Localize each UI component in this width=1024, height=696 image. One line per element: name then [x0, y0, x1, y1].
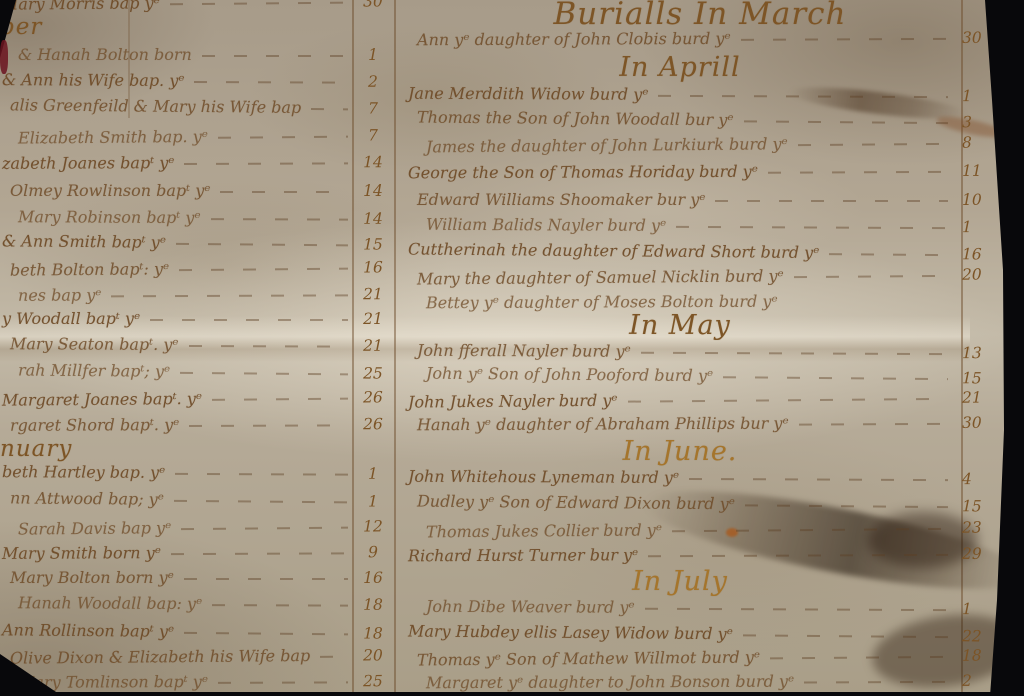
ditto-dashes — [770, 656, 948, 660]
day-number: 7 — [356, 97, 390, 119]
register-entry: George the Son of Thomas Horiday burd yᵉ… — [402, 160, 998, 185]
entry-text: & Ann Smith bapᵗ yᵉ — [0, 230, 166, 253]
month-header: In July — [400, 566, 960, 597]
day-number: 15 — [356, 233, 390, 255]
entry-text: Hanah yᵉ daughter of Abraham Phillips bu… — [402, 413, 789, 437]
ditto-dashes — [768, 171, 948, 174]
entry-text: Sarah Davis bap yᵉ — [0, 517, 171, 540]
day-number: 11 — [956, 160, 998, 182]
entry-text: Mary Hubdey ellis Lasey Widow burd yᵉ — [402, 620, 733, 645]
entry-text: Thomas yᵉ Son of Mathew Willmot burd yᵉ — [402, 646, 760, 671]
ditto-dashes — [658, 95, 948, 98]
day-number: 1 — [356, 44, 390, 66]
ditto-dashes — [179, 268, 348, 271]
register-entry: alis Greenfeild & Mary his Wife bap7 — [0, 94, 390, 119]
ditto-dashes — [641, 352, 948, 355]
ditto-dashes — [184, 162, 348, 165]
register-entry: Dudley yᵉ Son of Edward Dixon burd yᵉ15 — [402, 490, 998, 517]
entry-text: beth Bolton bapᵗ: yᵉ — [0, 258, 169, 281]
register-entry: Ann yᵉ daughter of John Clobis burd yᵉ30 — [402, 27, 998, 52]
ditto-dashes — [676, 226, 948, 229]
ditto-dashes — [799, 423, 948, 426]
day-number: 1 — [956, 216, 998, 238]
ditto-dashes — [194, 81, 348, 84]
ditto-dashes — [150, 319, 348, 321]
register-entry: John Jukes Nayler burd yᵉ21 — [402, 386, 998, 413]
register-entry: John fferall Nayler burd yᵉ13 — [402, 340, 998, 365]
entry-text: & Ann his Wife bap. yᵉ — [0, 69, 185, 92]
ditto-dashes — [804, 681, 948, 684]
ditto-dashes — [171, 552, 348, 555]
entry-text: zabeth Joanes bapᵗ yᵉ — [0, 152, 175, 175]
entry-text: John fferall Nayler burd yᵉ — [402, 340, 631, 363]
register-entry: John Whitehous Lyneman burd yᵉ4 — [402, 466, 998, 491]
day-number: 9 — [356, 541, 390, 563]
register-entry: Jane Merddith Widow burd yᵉ1 — [402, 83, 998, 108]
entry-text: Cuttherinah the daughter of Edward Short… — [402, 238, 820, 264]
day-number: 1 — [356, 490, 390, 512]
day-number: 26 — [356, 413, 390, 435]
register-entry: Mary Morris bap yᵉ30 — [0, 0, 390, 16]
day-number: 12 — [356, 515, 390, 537]
entry-text: Mary Robinson bapᵗ yᵉ — [0, 206, 201, 229]
day-number: 14 — [356, 180, 390, 202]
entry-text: rgaret Shord bapᵗ. yᵉ — [0, 414, 179, 437]
day-number: 20 — [956, 263, 998, 285]
entry-text: Thomas Jukes Collier burd yᵉ — [402, 519, 662, 543]
day-number: 21 — [356, 283, 390, 305]
register-entry: rgaret Shord bapᵗ. yᵉ26 — [0, 413, 390, 437]
ditto-dashes — [176, 243, 348, 247]
register-entry: Hanah Woodall bap: yᵉ18 — [0, 592, 390, 616]
register-entry: nn Attwood bap; yᵉ1 — [0, 487, 390, 512]
day-number: 13 — [956, 342, 998, 364]
day-number: 20 — [356, 644, 390, 666]
entry-text: alis Greenfeild & Mary his Wife bap — [0, 94, 301, 119]
day-number: 14 — [356, 208, 390, 230]
month-header: In June. — [400, 436, 960, 467]
register-entry: beth Bolton bapᵗ: yᵉ16 — [0, 256, 390, 281]
ditto-dashes — [794, 275, 948, 278]
entry-text: John Dibe Weaver burd yᵉ — [402, 596, 635, 619]
day-number: 7 — [356, 124, 390, 146]
entry-text: Olive Dixon & Elizabeth his Wife bap — [0, 645, 310, 670]
register-entry: Mary the daughter of Samuel Nicklin burd… — [402, 263, 998, 290]
register-entry: y Woodall bapᵗ yᵉ21 — [0, 308, 390, 330]
register-entry: & Hanah Bolton born1 — [0, 44, 390, 66]
day-number: 23 — [956, 516, 998, 538]
ditto-dashes — [689, 478, 948, 481]
ditto-dashes — [645, 608, 948, 611]
entry-text: Richard Hurst Turner bur yᵉ — [402, 544, 638, 567]
ditto-dashes — [189, 424, 348, 427]
ditto-dashes — [184, 578, 348, 580]
day-number: 10 — [956, 189, 998, 211]
register-entry: beth Hartley bap. yᵉ1 — [0, 461, 390, 485]
ditto-dashes — [174, 500, 348, 504]
day-number: 16 — [356, 256, 390, 278]
entry-text: Mary Smith born yᵉ — [0, 542, 161, 565]
register-entry: Cuttherinah the daughter of Edward Short… — [402, 238, 998, 265]
register-entry: nes bap yᵉ21 — [0, 283, 390, 307]
register-entry: Elizabeth Smith bap. yᵉ7 — [0, 124, 390, 149]
day-number: 26 — [356, 386, 390, 408]
register-entry: Margaret Joanes bapᵗ. yᵉ26 — [0, 386, 390, 411]
entry-text: & Hanah Bolton born — [0, 44, 192, 66]
day-number: 16 — [956, 243, 998, 265]
ruled-line-daycol-right — [394, 0, 396, 696]
register-entry: Ann Rollinson bapᵗ yᵉ18 — [0, 619, 390, 644]
register-entry: Thomas the Son of John Woodall bur yᵉ3 — [402, 106, 998, 133]
day-number: 3 — [956, 111, 998, 133]
ditto-dashes — [628, 398, 948, 403]
red-edge-mark — [0, 40, 8, 74]
register-entry: rah Millfer bapᵗ; yᵉ25 — [0, 359, 390, 384]
ditto-dashes — [220, 191, 348, 193]
register-entry: Mary Hubdey ellis Lasey Widow burd yᵉ22 — [402, 620, 998, 647]
register-entry: Mary Bolton born yᵉ16 — [0, 567, 390, 589]
ditto-dashes — [648, 554, 948, 557]
scan-background-bottom-edge — [0, 692, 1024, 696]
entry-text: John Whitehous Lyneman burd yᵉ — [402, 466, 679, 489]
ditto-dashes — [212, 398, 348, 401]
ditto-dashes — [743, 120, 947, 124]
register-entry: John Dibe Weaver burd yᵉ1 — [402, 596, 998, 621]
ditto-dashes — [672, 528, 948, 532]
day-number: 1 — [956, 598, 998, 620]
day-number: 18 — [356, 594, 390, 616]
entry-text: Olmey Rowlinson bapᵗ yᵉ — [0, 180, 210, 202]
ditto-dashes — [181, 527, 348, 530]
entry-text: Mary Bolton born yᵉ — [0, 567, 174, 589]
entry-text: Hanah Woodall bap: yᵉ — [0, 592, 202, 615]
day-number: 30 — [356, 0, 390, 13]
entry-text: Edward Williams Shoomaker bur yᵉ — [402, 189, 705, 211]
day-number: 30 — [956, 412, 998, 434]
entry-text: Ann Rollinson bapᵗ yᵉ — [0, 619, 174, 643]
ditto-dashes — [218, 136, 348, 139]
register-entry: Mary Seaton bapᵗ. yᵉ21 — [0, 333, 390, 357]
entry-text: Mary Seaton bapᵗ. yᵉ — [0, 333, 179, 356]
register-entry: Margaret yᵉ daughter to John Bonson burd… — [402, 670, 998, 695]
register-entry: Richard Hurst Turner bur yᵉ29 — [402, 543, 998, 568]
register-entry: Edward Williams Shoomaker bur yᵉ10 — [402, 189, 998, 211]
ditto-dashes — [741, 38, 948, 41]
day-number: 1 — [356, 463, 390, 485]
month-header: In May — [400, 310, 960, 341]
register-entry: Thomas yᵉ Son of Mathew Willmot burd yᵉ1… — [402, 644, 998, 671]
day-number: 14 — [356, 151, 390, 173]
register-entry: & Ann his Wife bap. yᵉ2 — [0, 69, 390, 93]
entry-text: Margaret yᵉ daughter to John Bonson burd… — [402, 671, 794, 695]
entry-text: Mary the daughter of Samuel Nicklin burd… — [402, 265, 784, 290]
day-number: 21 — [956, 386, 998, 408]
ditto-dashes — [311, 108, 348, 110]
register-entry: Mary Smith born yᵉ9 — [0, 541, 390, 565]
ditto-dashes — [188, 345, 348, 348]
ditto-dashes — [798, 143, 948, 146]
day-number: 8 — [956, 131, 998, 153]
register-entry: James the daughter of John Lurkiurk burd… — [402, 131, 998, 158]
register-entry: Olmey Rowlinson bapᵗ yᵉ14 — [0, 180, 390, 202]
ditto-dashes — [723, 376, 948, 380]
register-entry: Olive Dixon & Elizabeth his Wife bap20 — [0, 644, 390, 669]
day-number: 18 — [956, 644, 998, 666]
ditto-dashes — [211, 218, 348, 221]
ditto-dashes — [320, 656, 348, 658]
register-entry: Thomas Jukes Collier burd yᵉ23 — [402, 516, 998, 543]
entry-text: nes bap yᵉ — [0, 284, 101, 306]
day-number: 2 — [356, 71, 390, 93]
entry-text: George the Son of Thomas Horiday burd yᵉ — [402, 161, 758, 185]
month-header: In Aprill — [400, 52, 960, 83]
day-number: 21 — [356, 335, 390, 357]
ditto-dashes — [829, 253, 948, 256]
ditto-dashes — [180, 372, 348, 375]
day-number: 21 — [356, 308, 390, 330]
entry-text: Margaret Joanes bapᵗ. yᵉ — [0, 388, 202, 412]
day-number: 18 — [356, 622, 390, 644]
register-entry: John yᵉ Son of John Pooford burd yᵉ15 — [402, 362, 998, 389]
ditto-dashes — [715, 200, 948, 202]
entry-text: Jane Merddith Widow burd yᵉ — [402, 83, 649, 106]
entry-text: Ann yᵉ daughter of John Clobis burd yᵉ — [402, 28, 731, 51]
day-number: 29 — [956, 543, 998, 565]
register-entry: & Ann Smith bapᵗ yᵉ15 — [0, 230, 390, 255]
ditto-dashes — [218, 681, 348, 684]
entry-text: John Jukes Nayler burd yᵉ — [402, 390, 618, 414]
entry-text: rah Millfer bapᵗ; yᵉ — [0, 359, 170, 382]
day-number: 4 — [956, 468, 998, 490]
entry-text: Dudley yᵉ Son of Edward Dixon burd yᵉ — [402, 490, 735, 515]
ditto-dashes — [202, 55, 348, 57]
entry-text: y Woodall bapᵗ yᵉ — [0, 308, 140, 330]
entry-text: James the daughter of John Lurkiurk burd… — [402, 133, 788, 158]
register-entry: William Balids Nayler burd yᵉ1 — [402, 214, 998, 239]
day-number: 15 — [956, 495, 998, 517]
ditto-dashes — [745, 504, 948, 508]
day-number: 16 — [356, 567, 390, 589]
month-header: nuary — [0, 436, 72, 462]
register-entry: zabeth Joanes bapᵗ yᵉ14 — [0, 151, 390, 175]
ditto-dashes — [111, 294, 348, 297]
entry-text: nn Attwood bap; yᵉ — [0, 487, 164, 510]
entry-text: John yᵉ Son of John Pooford burd yᵉ — [402, 362, 713, 387]
entry-text: beth Hartley bap. yᵉ — [0, 461, 165, 484]
day-number: 25 — [356, 362, 390, 384]
entry-text: Elizabeth Smith bap. yᵉ — [0, 126, 208, 150]
register-entry: Mary Tomlinson bapᵗ yᵉ25 — [0, 670, 390, 694]
day-number: 25 — [356, 670, 390, 692]
ditto-dashes — [212, 604, 348, 607]
entry-text: William Balids Nayler burd yᵉ — [402, 214, 666, 237]
ditto-dashes — [184, 632, 348, 635]
register-entry: Hanah yᵉ daughter of Abraham Phillips bu… — [402, 412, 998, 437]
manuscript-scan: Mary Morris bap yᵉ30ber& Hanah Bolton bo… — [0, 0, 1024, 696]
ditto-dashes — [743, 634, 948, 638]
register-entry: Sarah Davis bap yᵉ12 — [0, 515, 390, 540]
entry-text: Thomas the Son of John Woodall bur yᵉ — [402, 106, 734, 131]
ditto-dashes — [175, 473, 348, 476]
register-entry: Mary Robinson bapᵗ yᵉ14 — [0, 206, 390, 230]
ditto-dashes — [170, 2, 348, 6]
